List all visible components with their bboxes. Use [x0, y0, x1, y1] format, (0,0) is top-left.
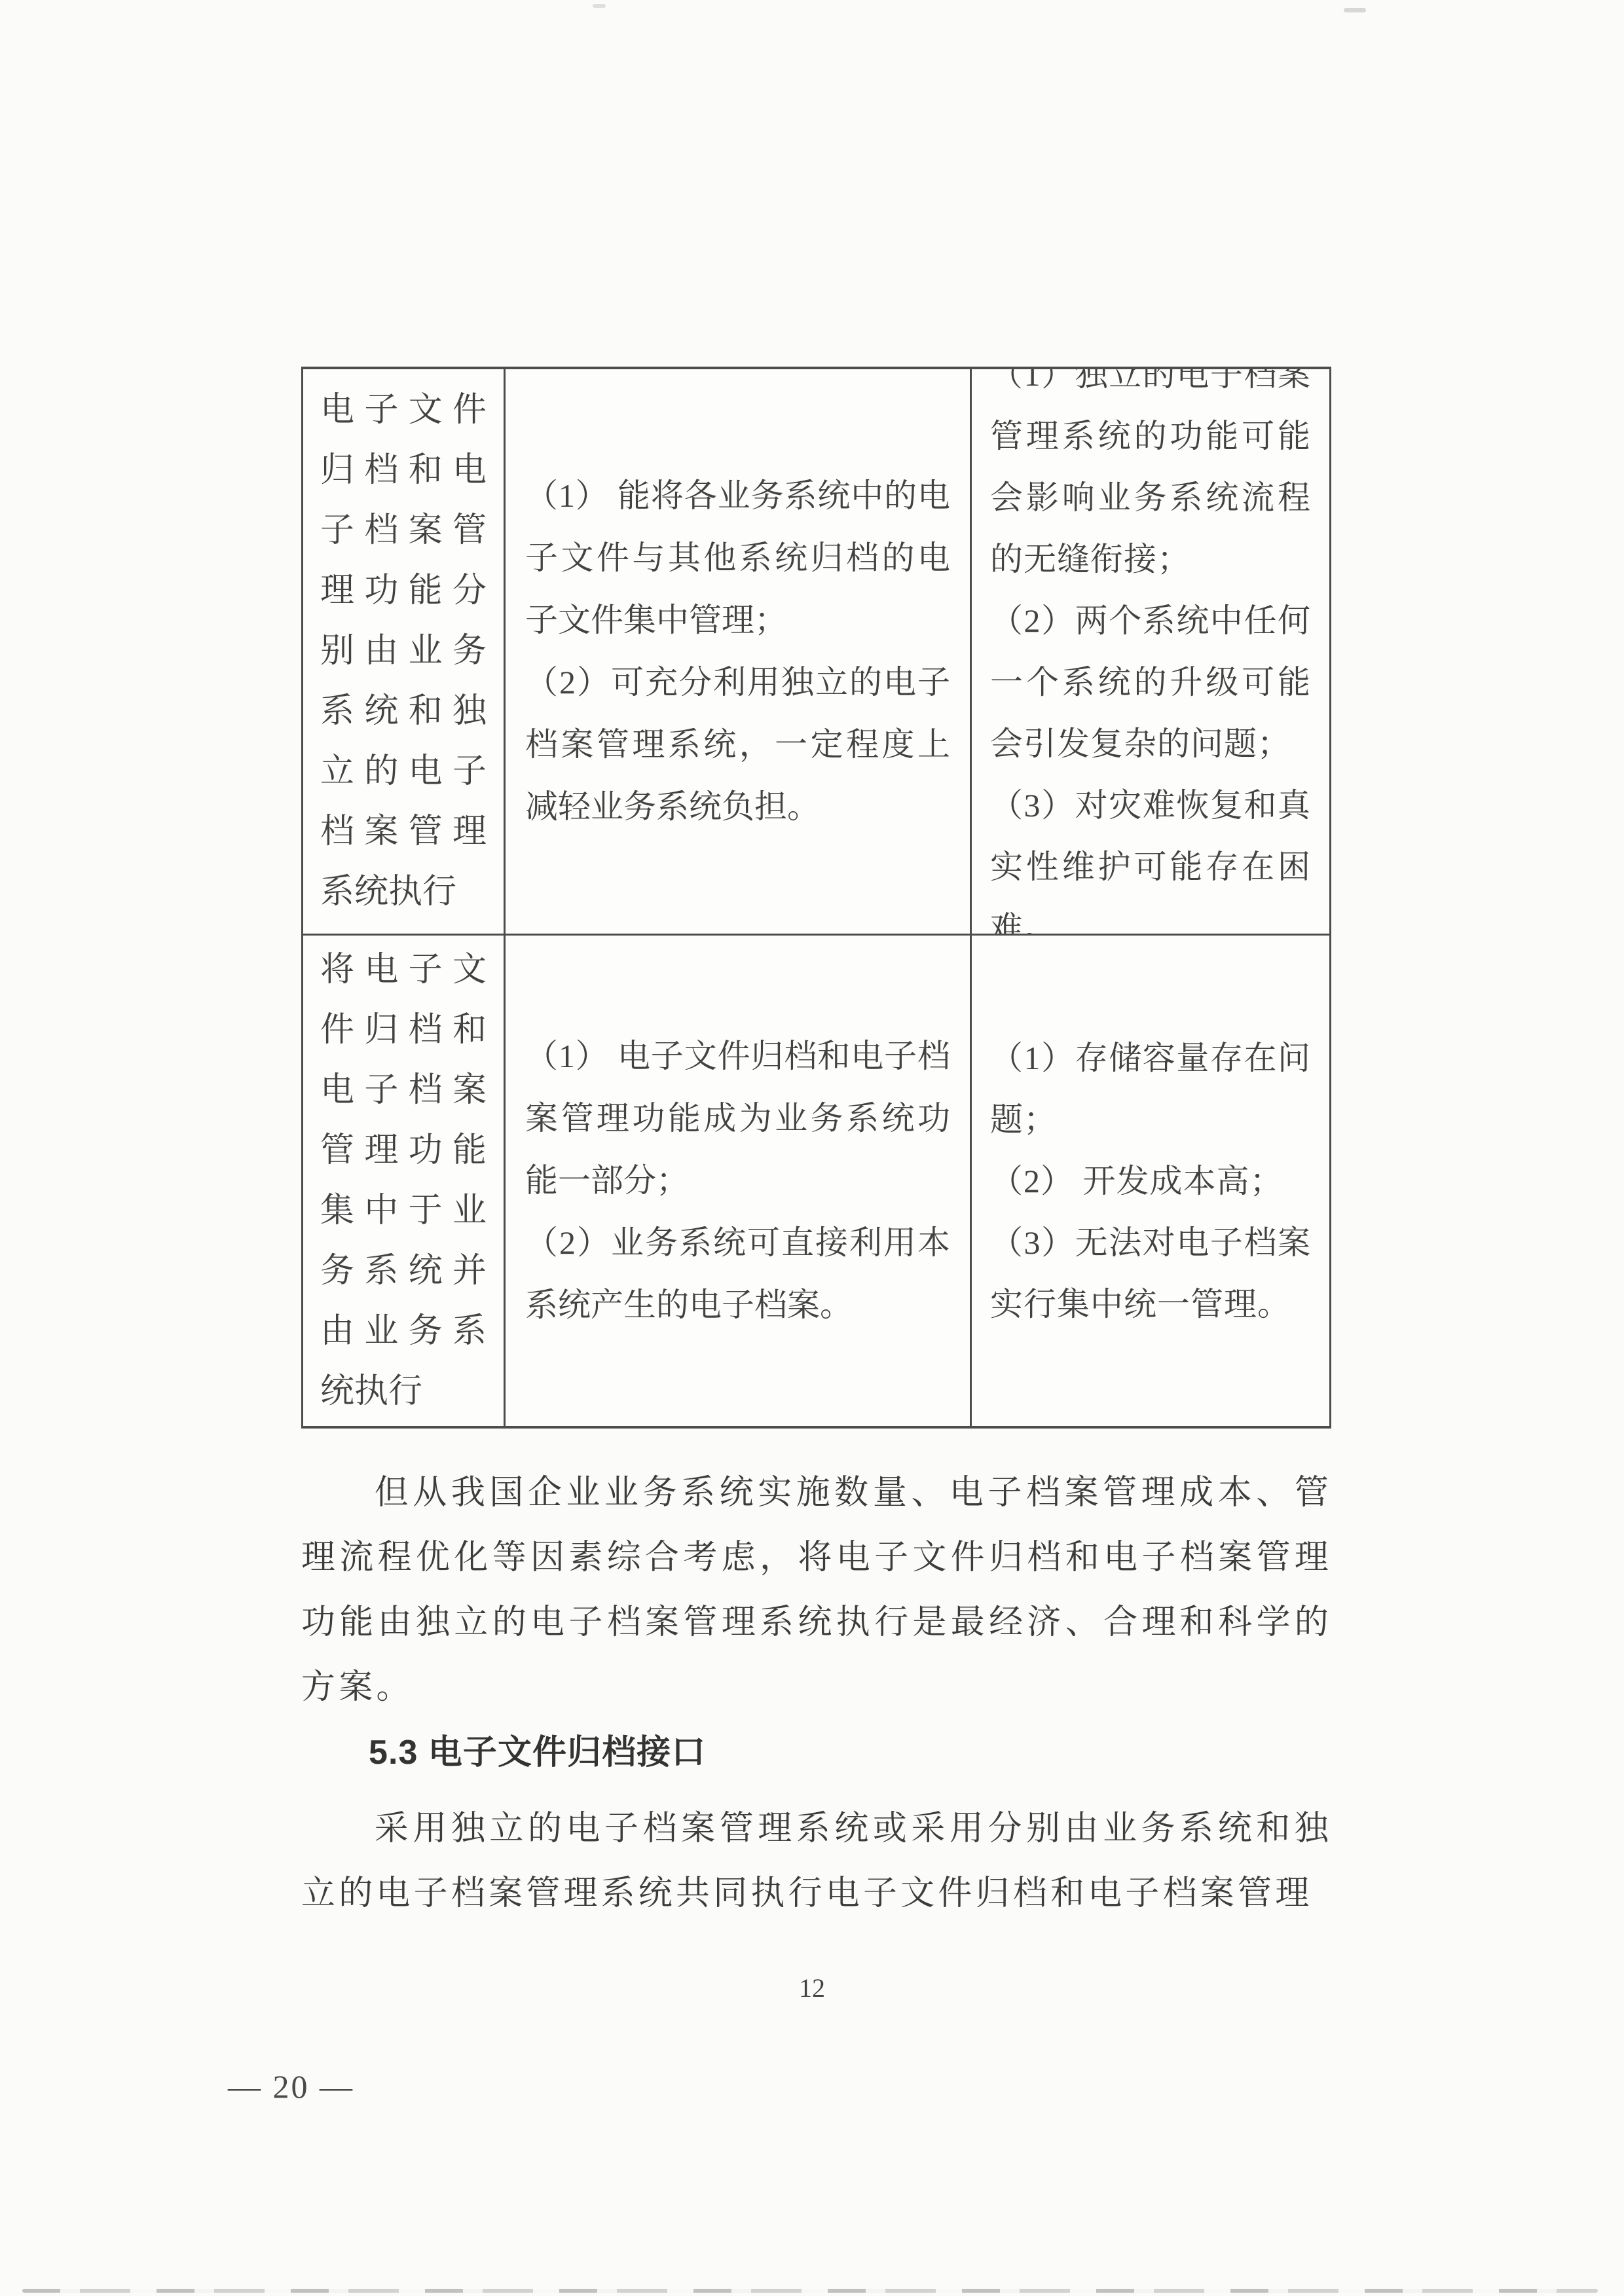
disadvantage-item: （2）两个系统中任何一个系统的升级可能会引发复杂的问题； [990, 590, 1311, 774]
footer-page-number: — 20 — [228, 2069, 354, 2104]
table-row-2-option-cell: 将电子文件归档和电子档案管理功能集中于业务系统并由业务系统执行 [303, 934, 504, 1426]
body-paragraph-2: 采用独立的电子档案管理系统或采用分别由业务系统和独立的电子档案管理系统共同执行电… [301, 1796, 1332, 1926]
scan-artifact-speck [1344, 8, 1366, 12]
table-row-2-disadvantages-cell: （1）存储容量存在问题； （2） 开发成本高； （3）无法对电子档案实行集中统一… [970, 934, 1329, 1426]
table-row-2-advantages-cell: （1） 电子文件归档和电子档案管理功能成为业务系统功能一部分； （2）业务系统可… [504, 934, 970, 1426]
option-text: 将电子文件归档和电子档案管理功能集中于业务系统并由业务系统执行 [320, 940, 487, 1422]
section-heading-5-3: 5.3 电子文件归档接口 [369, 1721, 706, 1785]
disadvantage-item: （2） 开发成本高； [990, 1150, 1311, 1212]
table-row-1-option-cell: 电子文件归档和电子档案管理功能分别由业务系统和独立的电子档案管理系统执行 [303, 369, 504, 934]
scan-artifact-bottom-edge [22, 2289, 1598, 2293]
advantage-item: （1） 能将各业务系统中的电子文件与其他系统归档的电子文件集中管理； [525, 465, 950, 651]
disadvantage-item: （1）存储容量存在问题； [990, 1027, 1311, 1150]
disadvantage-item: （1）独立的电子档案管理系统的功能可能会影响业务系统流程的无缝衔接； [990, 369, 1311, 590]
table-row-1-advantages-cell: （1） 能将各业务系统中的电子文件与其他系统归档的电子文件集中管理； （2）可充… [504, 369, 970, 934]
advantage-item: （2）可充分利用独立的电子档案管理系统，一定程度上减轻业务系统负担。 [525, 651, 950, 838]
inner-page-number: 12 [0, 1969, 1624, 2007]
comparison-table: 电子文件归档和电子档案管理功能分别由业务系统和独立的电子档案管理系统执行 （1）… [301, 367, 1331, 1429]
disadvantage-item: （3）对灾难恢复和真实性维护可能存在困难。 [990, 774, 1311, 934]
table-row-1-disadvantages-cell: （1）独立的电子档案管理系统的功能可能会影响业务系统流程的无缝衔接； （2）两个… [970, 369, 1329, 934]
disadvantage-item: （3）无法对电子档案实行集中统一管理。 [990, 1212, 1311, 1335]
advantage-item: （2）业务系统可直接利用本系统产生的电子档案。 [525, 1212, 950, 1336]
scanned-document-page: 电子文件归档和电子档案管理功能分别由业务系统和独立的电子档案管理系统执行 （1）… [0, 0, 1624, 2296]
scan-artifact-speck [593, 4, 606, 8]
body-paragraph-1: 但从我国企业业务系统实施数量、电子档案管理成本、管理流程优化等因素综合考虑，将电… [301, 1461, 1332, 1720]
option-text: 电子文件归档和电子档案管理功能分别由业务系统和独立的电子档案管理系统执行 [320, 380, 487, 922]
advantage-item: （1） 电子文件归档和电子档案管理功能成为业务系统功能一部分； [525, 1025, 950, 1212]
